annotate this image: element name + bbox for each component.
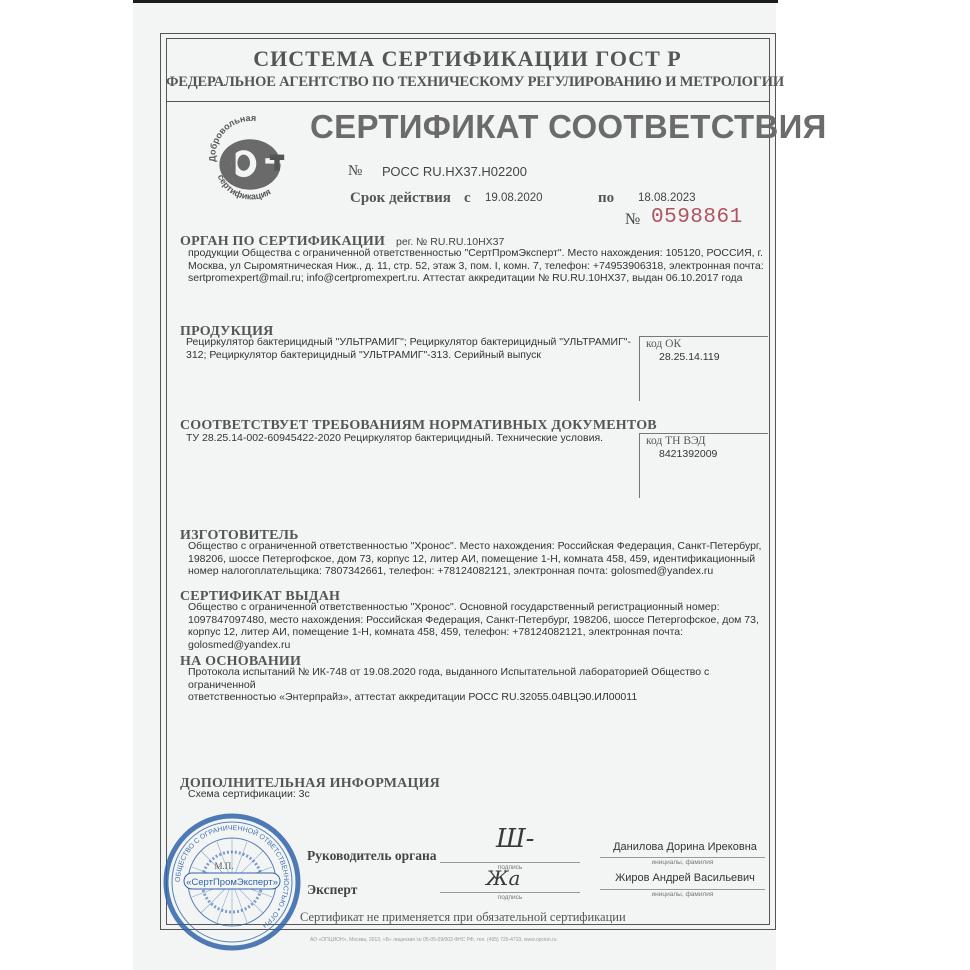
name-caption: инициалы, фамилия: [605, 891, 760, 898]
text-line: ответственностью «Энтерпрайз», аттестат …: [188, 691, 773, 704]
valid-to-label: по: [598, 190, 614, 207]
ok-code-value: 28.25.14.119: [659, 351, 720, 363]
text-line: sertpromexpert@mail.ru; info@certpromexp…: [188, 272, 768, 285]
text-line: Общество с ограниченной ответственностью…: [188, 540, 768, 553]
head-of-body-label: Руководитель органа: [307, 848, 437, 864]
valid-from-label: с: [464, 190, 471, 207]
manufacturer-text: Общество с ограниченной ответственностью…: [188, 540, 768, 578]
expert-signature: Жа: [486, 866, 520, 890]
product-text: Рециркулятор бактерицидный "УЛЬТРАМИГ"; …: [186, 336, 636, 361]
agency-name: ФЕДЕРАЛЬНОЕ АГЕНТСТВО ПО ТЕХНИЧЕСКОМУ РЕ…: [166, 74, 769, 91]
stamp-center-text: «СертПромЭксперт»: [186, 877, 278, 888]
text-line: 198206, шоссе Петергофское, дом 73, корп…: [188, 553, 768, 566]
validity-label: Срок действия: [350, 190, 451, 207]
text-line: Рециркулятор бактерицидный "УЛЬТРАМИГ"; …: [186, 336, 636, 349]
expert-name-line: [600, 889, 765, 890]
not-mandatory-note: Сертификат не применяется при обязательн…: [300, 910, 626, 925]
signature-caption: подпись: [470, 894, 550, 901]
certification-system-title: СИСТЕМА СЕРТИФИКАЦИИ ГОСТ Р: [166, 46, 769, 72]
text-line: корпус 12, литер АИ, помещение 1-Н, комн…: [188, 626, 768, 639]
text-line: 312; Рециркулятор бактерицидный "УЛЬТРАМ…: [186, 349, 636, 362]
serial-number: 0598861: [651, 206, 743, 229]
text-line: Общество с ограниченной ответственностью…: [188, 601, 768, 614]
head-name: Данилова Дорина Ирековна: [605, 841, 765, 853]
tnved-code-value: 8421392009: [659, 448, 717, 460]
compliance-text: ТУ 28.25.14-002-60945422-2020 Рециркулят…: [186, 432, 636, 445]
text-line: Москва, ул Сыромятническая Ниж., д. 11, …: [188, 260, 768, 273]
basis-text: Протокола испытаний № ИК-748 от 19.08.20…: [188, 666, 773, 704]
certificate-title: СЕРТИФИКАТ СООТВЕТСТВИЯ: [310, 108, 827, 146]
tnved-code-box: код ТН ВЭД 8421392009: [639, 433, 768, 498]
additional-text: Схема сертификации: 3с: [188, 788, 588, 801]
text-line: Схема сертификации: 3с: [188, 788, 588, 801]
valid-to-date: 18.08.2023: [638, 192, 696, 204]
name-caption: инициалы, фамилия: [605, 859, 760, 866]
certificate-number: РОСС RU.НХ37.Н02200: [382, 164, 527, 179]
expert-signature-line: [440, 892, 580, 893]
head-signature-line: [440, 862, 580, 863]
ok-code-box: код ОК 28.25.14.119: [639, 336, 768, 401]
text-line: Протокола испытаний № ИК-748 от 19.08.20…: [188, 666, 773, 691]
certificate-number-label: №: [348, 163, 362, 180]
tnved-code-label: код ТН ВЭД: [646, 435, 706, 447]
head-name-line: [600, 857, 765, 858]
stamp-mp-text: М.П.: [214, 861, 233, 871]
expert-name: Жиров Андрей Васильевич: [600, 872, 770, 884]
company-stamp-icon: ОБЩЕСТВО С ОГРАНИЧЕННОЙ ОТВЕТСТВЕННОСТЬЮ…: [162, 812, 302, 952]
text-line: номер налогоплательщика: 7807342661, тел…: [188, 565, 768, 578]
text-line: ТУ 28.25.14-002-60945422-2020 Рециркулят…: [186, 432, 636, 445]
rst-voluntary-certification-logo-icon: Добровольная сертификация: [205, 115, 295, 205]
text-line: 1097847097480, место нахождения: Российс…: [188, 614, 768, 627]
certification-body-text: продукции Общества с ограниченной ответс…: [188, 247, 768, 285]
expert-label: Эксперт: [307, 882, 357, 898]
header-divider: [166, 101, 769, 102]
valid-from-date: 19.08.2020: [485, 192, 543, 204]
scan-edge-strip: [133, 0, 778, 3]
printer-imprint: АО «ОПЦИОН», Москва, 2013, «Б» лицензия …: [310, 937, 557, 943]
serial-number-label: №: [625, 211, 640, 229]
text-line: продукции Общества с ограниченной ответс…: [188, 247, 768, 260]
ok-code-label: код ОК: [646, 338, 681, 350]
issued-to-text: Общество с ограниченной ответственностью…: [188, 601, 768, 651]
text-line: golosmed@yandex.ru: [188, 639, 768, 652]
head-signature: Ш-: [496, 824, 534, 854]
